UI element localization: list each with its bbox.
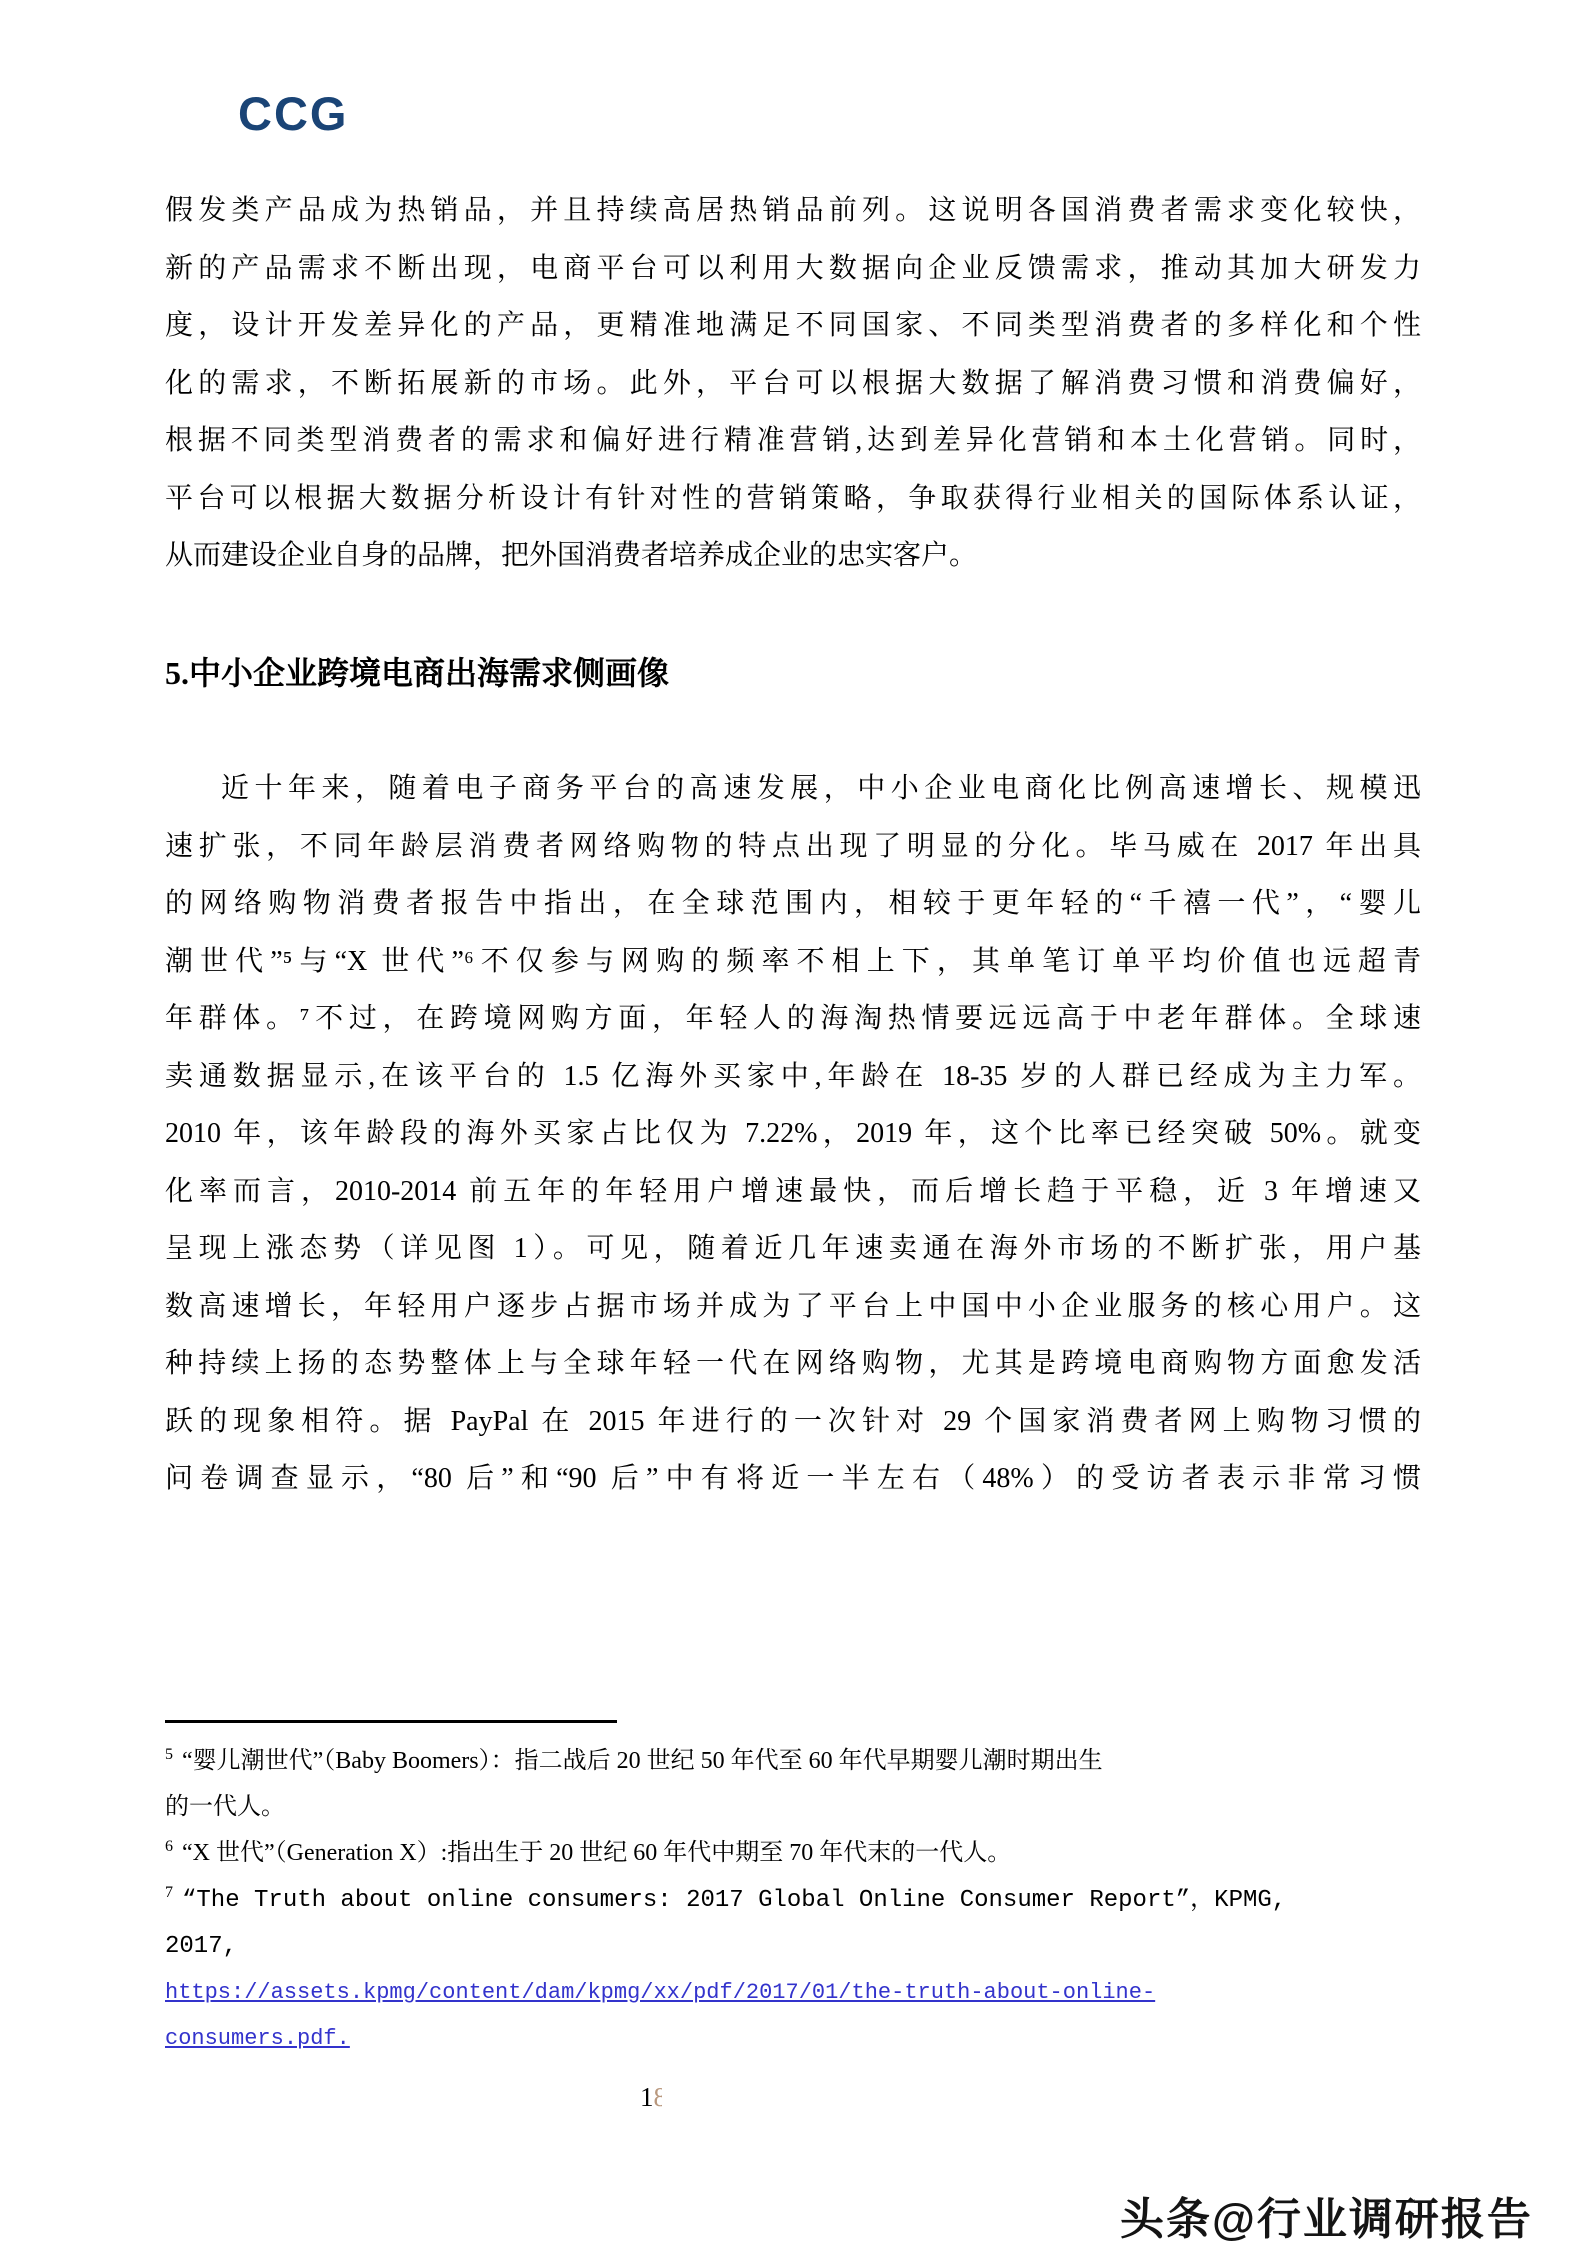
page-number: 18 [640,2082,662,2112]
ccg-logo: CCG [238,86,348,141]
footnote-line: 7“The Truth about online consumers: 2017… [165,1876,1465,1922]
paragraph-line: 问卷调查显示，“80 后”和“90 后”中有将近一半左右（48%）的受访者表示非… [165,1450,1421,1508]
paragraph-line: 假发类产品成为热销品，并且持续高居热销品前列。这说明各国消费者需求变化较快， [165,182,1421,240]
watermark: 头条@行业调研报告 [1120,2183,1533,2245]
footnote-link[interactable]: https://assets.kpmg/content/dam/kpmg/xx/… [165,1980,1155,2005]
footnote-divider [165,1720,617,1723]
paragraph-line: 的网络购物消费者报告中指出，在全球范围内，相较于更年轻的“千禧一代”，“婴儿 [165,875,1421,933]
paragraph-line: 从而建设企业自身的品牌，把外国消费者培养成企业的忠实客户。 [165,527,1421,585]
section-heading: 5.中小企业跨境电商出海需求侧画像 [165,651,669,695]
document-page: CCG 假发类产品成为热销品，并且持续高居热销品前列。这说明各国消费者需求变化较… [0,0,1586,2245]
paragraph-2: 近十年来，随着电子商务平台的高速发展，中小企业电商化比例高速增长、规模迅 速扩张… [165,760,1421,1508]
paragraph-line: 年群体。⁷不过，在跨境网购方面，年轻人的海淘热情要远远高于中老年群体。全球速 [165,990,1421,1048]
footnote-text: “X 世代”（Generation X）:指出生于 20 世纪 60 年代中期至… [182,1840,1011,1866]
paragraph-line: 数高速增长，年轻用户逐步占据市场并成为了平台上中国中小企业服务的核心用户。这 [165,1278,1421,1336]
paragraph-line: 根据不同类型消费者的需求和偏好进行精准营销,达到差异化营销和本土化营销。同时， [165,412,1421,470]
paragraph-line: 速扩张，不同年龄层消费者网络购物的特点出现了明显的分化。毕马威在 2017 年出… [165,818,1421,876]
footnote-text: “婴儿潮世代”（Baby Boomers）：指二战后 20 世纪 50 年代至 … [182,1748,1103,1774]
page-number-fragment: 8 [654,2082,662,2112]
footnote-line: 6“X 世代”（Generation X）:指出生于 20 世纪 60 年代中期… [165,1830,1465,1876]
paragraph-line: 2010 年，该年龄段的海外买家占比仅为 7.22%，2019 年，这个比率已经… [165,1105,1421,1163]
paragraph-line: 化率而言，2010-2014 前五年的年轻用户增速最快，而后增长趋于平稳，近 3… [165,1163,1421,1221]
paragraph-line: 平台可以根据大数据分析设计有针对性的营销策略，争取获得行业相关的国际体系认证， [165,470,1421,528]
paragraph-line: 新的产品需求不断出现，电商平台可以利用大数据向企业反馈需求，推动其加大研发力 [165,240,1421,298]
footnotes-section: 5“婴儿潮世代”（Baby Boomers）：指二战后 20 世纪 50 年代至… [165,1738,1465,2060]
paragraph-line: 呈现上涨态势（详见图 1）。可见，随着近几年速卖通在海外市场的不断扩张，用户基 [165,1220,1421,1278]
footnote-text: “The Truth about online consumers: 2017 … [182,1887,1286,1914]
footnote-text: 的一代人。 [165,1794,285,1820]
footnote-marker: 6 [165,1838,173,1855]
paragraph-line: 化的需求，不断拓展新的市场。此外，平台可以根据大数据了解消费习惯和消费偏好， [165,355,1421,413]
paragraph-1: 假发类产品成为热销品，并且持续高居热销品前列。这说明各国消费者需求变化较快， 新… [165,182,1421,585]
footnote-line: 5“婴儿潮世代”（Baby Boomers）：指二战后 20 世纪 50 年代至… [165,1738,1465,1784]
footnote-line: 2017, [165,1922,1465,1968]
footnote-line: consumers.pdf. [165,2014,1465,2060]
footnote-marker: 7 [165,1884,173,1901]
paragraph-line: 卖通数据显示,在该平台的 1.5 亿海外买家中,年龄在 18-35 岁的人群已经… [165,1048,1421,1106]
paragraph-line: 度，设计开发差异化的产品，更精准地满足不同国家、不同类型消费者的多样化和个性 [165,297,1421,355]
paragraph-line: 种持续上扬的态势整体上与全球年轻一代在网络购物，尤其是跨境电商购物方面愈发活 [165,1335,1421,1393]
paragraph-line: 潮世代”⁵与“X 世代”⁶不仅参与网购的频率不相上下，其单笔订单平均价值也远超青 [165,933,1421,991]
paragraph-line: 近十年来，随着电子商务平台的高速发展，中小企业电商化比例高速增长、规模迅 [165,760,1421,818]
footnote-text: 2017, [165,1933,237,1960]
footnote-line: 的一代人。 [165,1784,1465,1830]
paragraph-line: 跃的现象相符。据 PayPal 在 2015 年进行的一次针对 29 个国家消费… [165,1393,1421,1451]
page-number-value: 1 [640,2082,654,2112]
footnote-link[interactable]: consumers.pdf. [165,2026,350,2051]
footnote-line: https://assets.kpmg/content/dam/kpmg/xx/… [165,1968,1465,2014]
footnote-marker: 5 [165,1746,173,1763]
